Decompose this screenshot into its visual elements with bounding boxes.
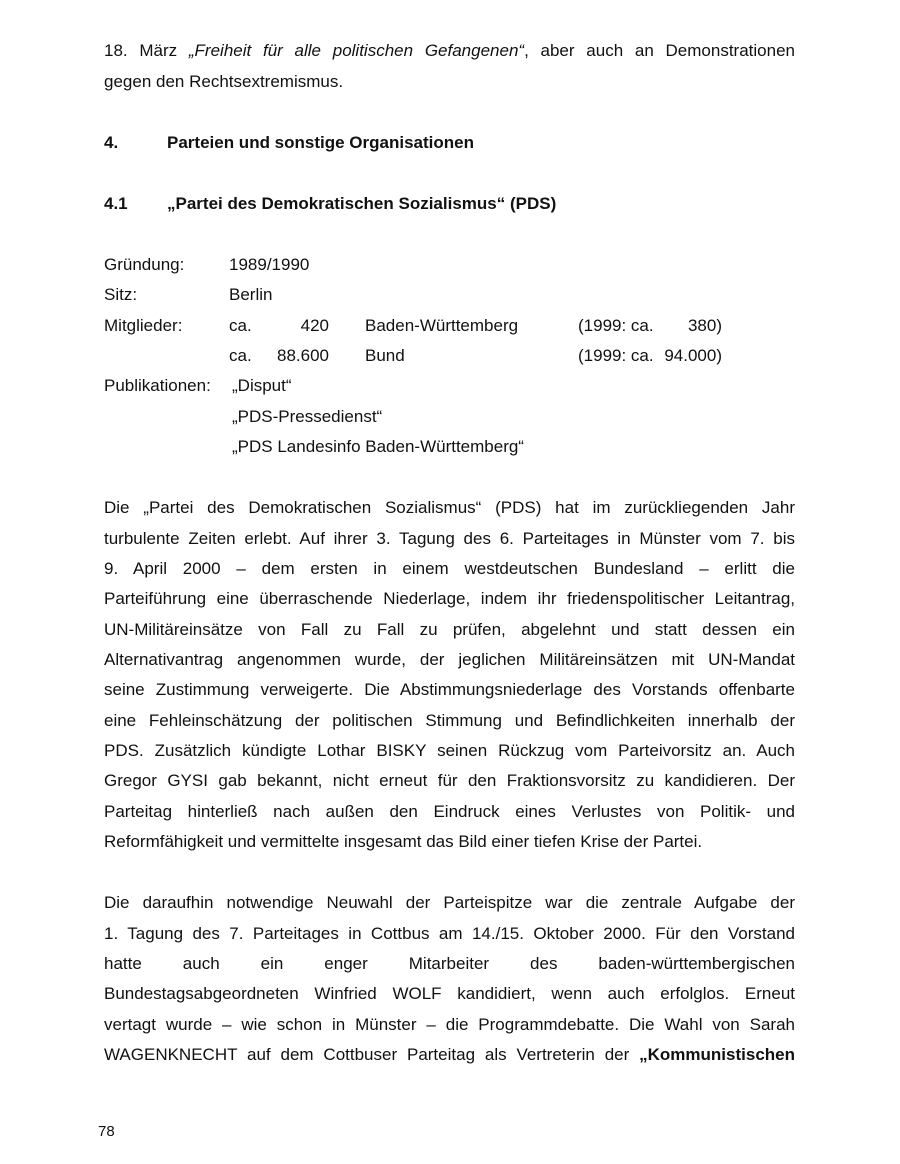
subsection-number: 4.1 — [104, 189, 128, 219]
paragraph-line: turbulente Zeiten erlebt. Auf ihrer 3. T… — [104, 524, 795, 554]
members-prefix: ca. — [229, 341, 252, 371]
paragraph-line: seine Zustimmung verweigerte. Die Abstim… — [104, 675, 795, 705]
paragraph-line: PDS. Zusätzlich kündigte Lothar BISKY se… — [104, 736, 795, 766]
members-count: 420 — [262, 311, 329, 341]
paragraph-line: Parteitag hinterließ nach außen den Eind… — [104, 797, 795, 827]
publications-label: Publikationen: — [104, 371, 211, 401]
paragraph-text: WAGENKNECHT auf dem Cottbuser Parteitag … — [104, 1045, 639, 1064]
paragraph-line: hatte auch ein enger Mitarbeiter des bad… — [104, 949, 795, 979]
paragraph-line: eine Fehleinschätzung der politischen St… — [104, 706, 795, 736]
paragraph-line: UN-Militäreinsätze von Fall zu Fall zu p… — [104, 615, 795, 645]
page-number: 78 — [98, 1120, 115, 1144]
intro-text-post: , aber auch an Demonstrationen — [524, 41, 795, 60]
document-page: 18. März „Freiheit für alle politischen … — [0, 0, 900, 1164]
intro-quote: „Freiheit für alle politischen Gefangene… — [189, 41, 524, 60]
members-prev-prefix: (1999: ca. — [578, 311, 654, 341]
paragraph-line: vertagt wurde – wie schon in Münster – d… — [104, 1010, 795, 1040]
paragraph-line: Alternativantrag angenommen wurde, der j… — [104, 645, 795, 675]
members-label: Mitglieder: — [104, 311, 182, 341]
members-count: 88.600 — [262, 341, 329, 371]
paragraph-line: Bundestagsabgeordneten Winfried WOLF kan… — [104, 979, 795, 1009]
paragraph-line: Die „Partei des Demokratischen Sozialism… — [104, 493, 795, 523]
publication-item: „Disput“ — [232, 371, 292, 401]
members-prev-count: 380) — [660, 311, 722, 341]
section-number: 4. — [104, 128, 118, 158]
paragraph-line: WAGENKNECHT auf dem Cottbuser Parteitag … — [104, 1040, 795, 1070]
members-prefix: ca. — [229, 311, 252, 341]
members-region: Baden-Württemberg — [365, 311, 518, 341]
seat-label: Sitz: — [104, 280, 137, 310]
paragraph-line: Gregor GYSI gab bekannt, nicht erneut fü… — [104, 766, 795, 796]
paragraph-line: Parteiführung eine überraschende Niederl… — [104, 584, 795, 614]
publication-item: „PDS Landesinfo Baden-Württemberg“ — [232, 432, 524, 462]
intro-line-1: 18. März „Freiheit für alle politischen … — [104, 36, 795, 66]
paragraph-line: 9. April 2000 – dem ersten in einem west… — [104, 554, 795, 584]
founding-value: 1989/1990 — [229, 250, 309, 280]
bold-term: „Kommunistischen — [639, 1045, 795, 1064]
paragraph-line: 1. Tagung des 7. Parteitages in Cottbus … — [104, 919, 795, 949]
intro-text: 18. März — [104, 41, 189, 60]
founding-label: Gründung: — [104, 250, 184, 280]
section-title: Parteien und sonstige Organisationen — [167, 128, 474, 158]
intro-line-2: gegen den Rechtsextremismus. — [104, 67, 795, 97]
seat-value: Berlin — [229, 280, 272, 310]
subsection-title: „Partei des Demokratischen Sozialismus“ … — [167, 189, 556, 219]
publication-item: „PDS-Pressedienst“ — [232, 402, 382, 432]
members-prev-count: 94.000) — [651, 341, 722, 371]
paragraph-line: Die daraufhin notwendige Neuwahl der Par… — [104, 888, 795, 918]
paragraph-line: Reformfähigkeit und vermittelte insgesam… — [104, 827, 795, 857]
members-prev-prefix: (1999: ca. — [578, 341, 654, 371]
members-region: Bund — [365, 341, 405, 371]
